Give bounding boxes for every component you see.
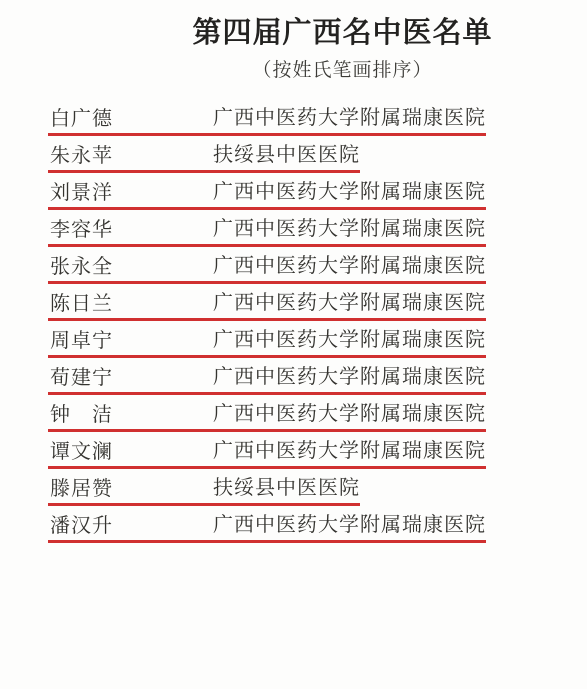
red-underline-group: 滕居赞扶绥县中医医院 — [48, 475, 360, 506]
red-underline-group: 周卓宁广西中医药大学附属瑞康医院 — [48, 327, 486, 358]
red-underline-group: 李容华广西中医药大学附属瑞康医院 — [48, 216, 486, 247]
hospital-name: 扶绥县中医医院 — [213, 477, 360, 499]
red-underline-group: 朱永苹扶绥县中医医院 — [48, 142, 360, 173]
doctor-name: 白广德 — [50, 106, 213, 133]
doctor-name: 钟 洁 — [50, 402, 213, 429]
list-item: 刘景洋广西中医药大学附属瑞康医院 — [48, 179, 587, 216]
doctor-name: 李容华 — [50, 217, 213, 244]
red-underline-group: 钟 洁广西中医药大学附属瑞康医院 — [48, 401, 486, 432]
list-item: 张永全广西中医药大学附属瑞康医院 — [48, 253, 587, 290]
red-underline-group: 潘汉升广西中医药大学附属瑞康医院 — [48, 512, 486, 543]
doctor-name: 张永全 — [50, 254, 213, 281]
red-underline-group: 张永全广西中医药大学附属瑞康医院 — [48, 253, 486, 284]
doctor-name: 刘景洋 — [50, 180, 213, 207]
doctor-name: 滕居赞 — [50, 476, 213, 503]
doctor-name: 荀建宁 — [50, 365, 213, 392]
document-header: 第四届广西名中医名单 （按姓氏笔画排序） — [0, 0, 587, 81]
hospital-name: 广西中医药大学附属瑞康医院 — [213, 255, 486, 277]
doctor-name: 陈日兰 — [50, 291, 213, 318]
hospital-name: 广西中医药大学附属瑞康医院 — [213, 107, 486, 129]
hospital-name: 扶绥县中医医院 — [213, 144, 360, 166]
doctor-name: 朱永苹 — [50, 143, 213, 170]
list-item: 朱永苹扶绥县中医医院 — [48, 142, 587, 179]
hospital-name: 广西中医药大学附属瑞康医院 — [213, 218, 486, 240]
red-underline-group: 白广德广西中医药大学附属瑞康医院 — [48, 105, 486, 136]
list-item: 周卓宁广西中医药大学附属瑞康医院 — [48, 327, 587, 364]
hospital-name: 广西中医药大学附属瑞康医院 — [213, 366, 486, 388]
red-underline-group: 荀建宁广西中医药大学附属瑞康医院 — [48, 364, 486, 395]
hospital-name: 广西中医药大学附属瑞康医院 — [213, 440, 486, 462]
list-item: 李容华广西中医药大学附属瑞康医院 — [48, 216, 587, 253]
doctor-name: 周卓宁 — [50, 328, 213, 355]
list-item: 滕居赞扶绥县中医医院 — [48, 475, 587, 512]
document-subtitle: （按姓氏笔画排序） — [98, 60, 587, 81]
hospital-name: 广西中医药大学附属瑞康医院 — [213, 181, 486, 203]
list-item: 谭文澜广西中医药大学附属瑞康医院 — [48, 438, 587, 475]
list-item: 潘汉升广西中医药大学附属瑞康医院 — [48, 512, 587, 549]
list-item: 荀建宁广西中医药大学附属瑞康医院 — [48, 364, 587, 401]
hospital-name: 广西中医药大学附属瑞康医院 — [213, 329, 486, 351]
list-item: 陈日兰广西中医药大学附属瑞康医院 — [48, 290, 587, 327]
red-underline-group: 陈日兰广西中医药大学附属瑞康医院 — [48, 290, 486, 321]
hospital-name: 广西中医药大学附属瑞康医院 — [213, 514, 486, 536]
document-title: 第四届广西名中医名单 — [98, 17, 587, 49]
list-item: 白广德广西中医药大学附属瑞康医院 — [48, 105, 587, 142]
list-item: 钟 洁广西中医药大学附属瑞康医院 — [48, 401, 587, 438]
scanned-document-page: 第四届广西名中医名单 （按姓氏笔画排序） 白广德广西中医药大学附属瑞康医院 朱永… — [0, 0, 587, 689]
red-underline-group: 刘景洋广西中医药大学附属瑞康医院 — [48, 179, 486, 210]
doctor-list: 白广德广西中医药大学附属瑞康医院 朱永苹扶绥县中医医院 刘景洋广西中医药大学附属… — [48, 105, 587, 549]
hospital-name: 广西中医药大学附属瑞康医院 — [213, 403, 486, 425]
doctor-name: 谭文澜 — [50, 439, 213, 466]
red-underline-group: 谭文澜广西中医药大学附属瑞康医院 — [48, 438, 486, 469]
hospital-name: 广西中医药大学附属瑞康医院 — [213, 292, 486, 314]
doctor-name: 潘汉升 — [50, 513, 213, 540]
